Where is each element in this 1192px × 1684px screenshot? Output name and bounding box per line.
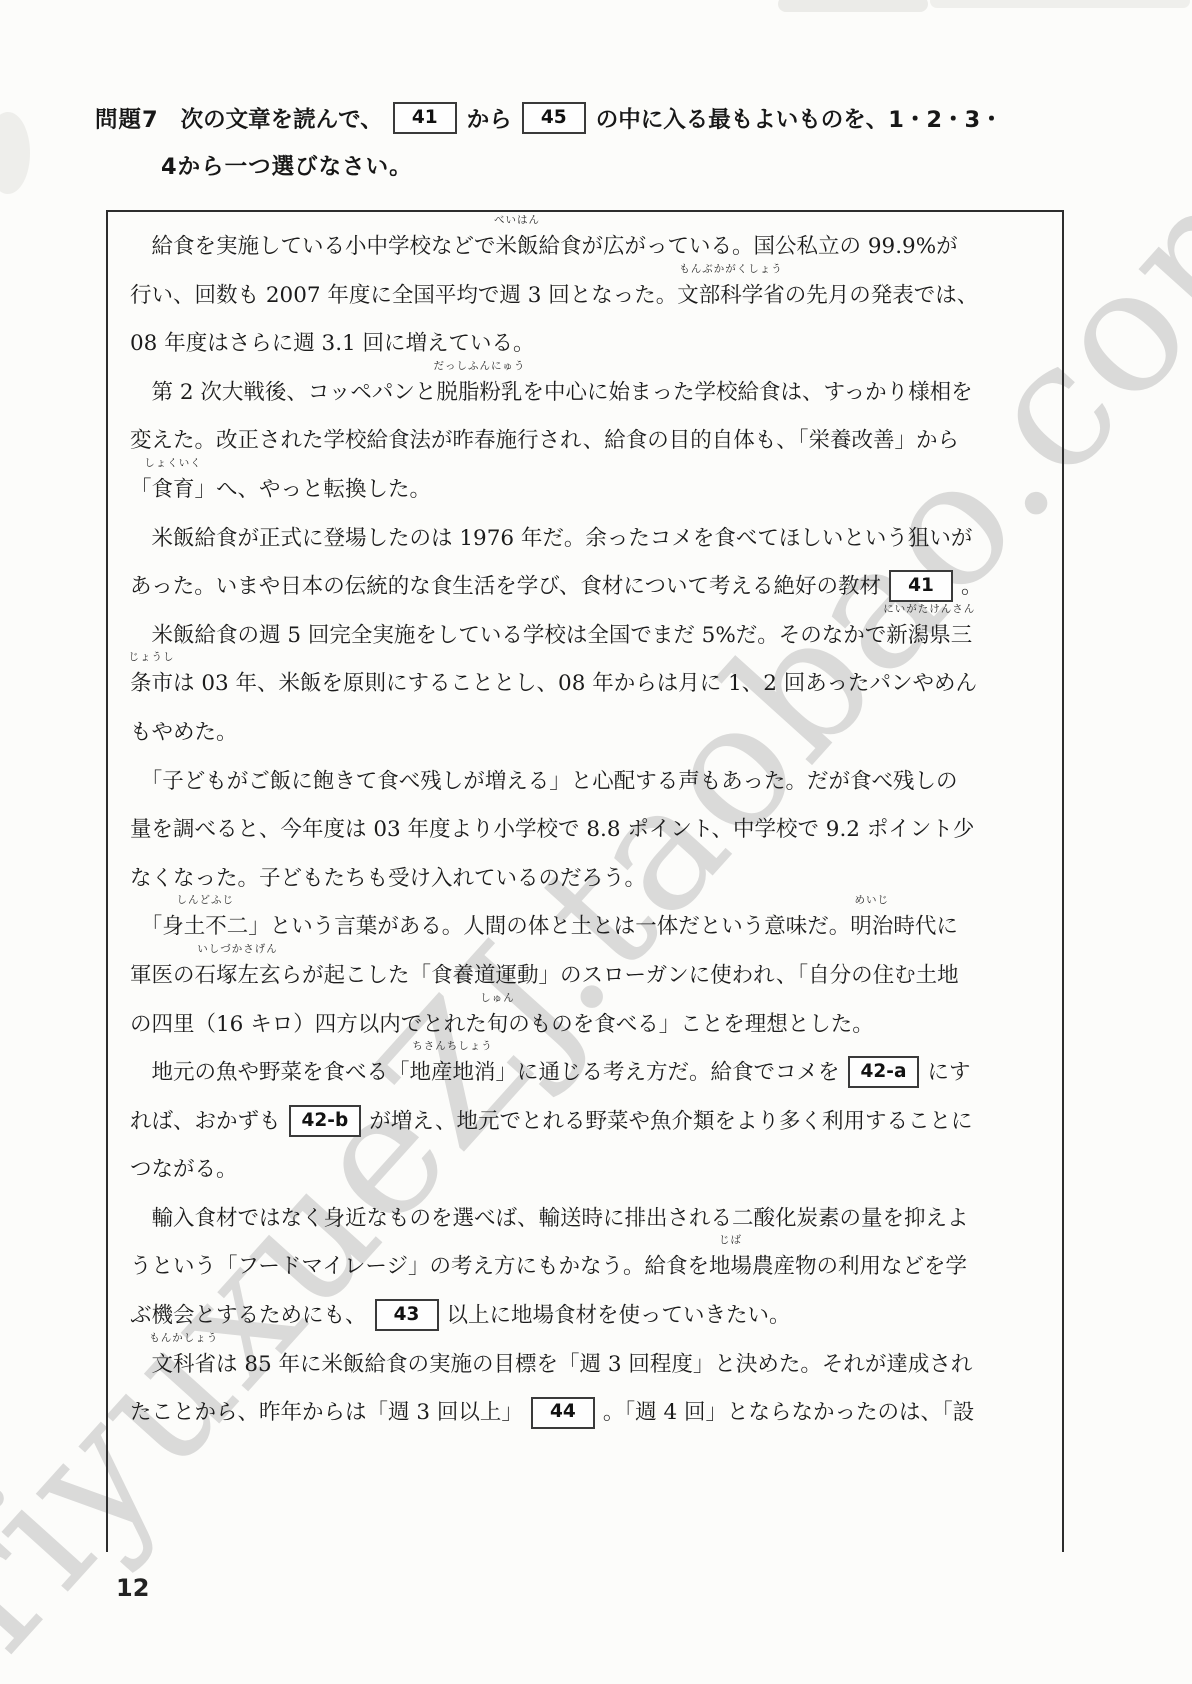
- passage-text: 軍医の: [130, 956, 195, 996]
- passage-line: 「子どもがご飯に飽きて食べ残しが増える」と心配する声もあった。だが食べ残しの: [130, 762, 1052, 811]
- passage-line: 地元の魚や野菜を食べる「地産地消ちさんちしょう」に通じる考え方だ。給食でコメを4…: [130, 1053, 1052, 1102]
- furigana-term: 地場じば: [709, 1247, 752, 1287]
- passage-text: の先月の発表では、: [785, 276, 979, 316]
- passage-text: なくなった。子どもたちも受け入れているのだろう。: [130, 859, 646, 899]
- furigana-reading: にいがたけんさん: [883, 604, 975, 615]
- passage-text: は 85 年に米飯給食の実施の目標を「週 3 回程度」と決めた。それが達成され: [216, 1345, 972, 1385]
- furigana-term: 身土不二しんどふじ: [162, 907, 248, 947]
- furigana-reading: しんどふじ: [177, 895, 235, 906]
- passage-line: 輸入食材ではなく身近なものを選べば、輸送時に排出される二酸化炭素の量を抑えよ: [130, 1199, 1052, 1248]
- passage-line: 文科省もんかしょうは 85 年に米飯給食の実施の目標を「週 3 回程度」と決めた…: [130, 1345, 1052, 1394]
- page-number: 12: [116, 1574, 149, 1602]
- passage-line: 08 年度はさらに週 3.1 回に増えている。: [130, 324, 1052, 373]
- passage-text: 「: [130, 470, 152, 510]
- passage-line: なくなった。子どもたちも受け入れているのだろう。: [130, 859, 1052, 908]
- passage-text: 給食が広がっている。国公私立の 99.9%が: [539, 227, 958, 267]
- passage-text: 。: [961, 567, 983, 607]
- scan-smudge-top2: [930, 0, 1190, 8]
- passage-line: ぶ機会とするためにも、43以上に地場食材を使っていきたい。: [130, 1296, 1052, 1345]
- furigana-term: 文部科学省もんぶかがくしょう: [677, 276, 785, 316]
- answer-box-42-b: 42-b: [289, 1105, 362, 1137]
- passage-text: もやめた。: [130, 713, 238, 753]
- passage-text: は 03 年、米飯を原則にすることとし、08 年からは月に 1、2 回あったパン…: [173, 664, 977, 704]
- passage-line: 米飯給食が正式に登場したのは 1976 年だ。余ったコメを食べてほしいという狙い…: [130, 519, 1052, 568]
- passage-text: あった。いまや日本の伝統的な食生活を学び、食材について考える絶好の教材: [130, 567, 881, 607]
- passage-text: のものを食べる」ことを理想とした。: [508, 1005, 874, 1045]
- problem-number-label: 問題7: [95, 102, 159, 134]
- furigana-term: 石塚左玄いしづかさげん: [195, 956, 281, 996]
- answer-box-41: 41: [889, 570, 953, 602]
- passage-line: 第 2 次大戦後、コッペパンと脱脂粉乳だっしふんにゅうを中心に始まった学校給食は…: [130, 373, 1052, 422]
- question-header: 問題7 次の文章を読んで、 41 から 45 の中に入る最もよいものを、1・2・…: [95, 102, 1003, 181]
- passage-text: が増え、地元でとれる野菜や魚介類をより多く利用することに: [369, 1102, 972, 1142]
- passage-text: たことから、昨年からは「週 3 回以上」: [130, 1393, 523, 1433]
- passage-line: 量を調べると、今年度は 03 年度より小学校で 8.8 ポイント、中学校で 9.…: [130, 810, 1052, 859]
- passage-text: 米飯給食の週 5 回完全実施をしている学校は全国でまだ 5%だ。そのなかで: [130, 616, 886, 656]
- passage-text: を中心に始まった学校給食は、すっかり様相を: [522, 373, 972, 413]
- passage-text: 変えた。改正された学校給食法が昨春施行され、給食の目的自体も、「栄養改善」から: [130, 421, 959, 461]
- passage-text: [130, 1345, 152, 1385]
- passage-text: 米飯給食が正式に登場したのは 1976 年だ。余ったコメを食べてほしいという狙い…: [130, 519, 972, 559]
- passage-line: 条市じょうしは 03 年、米飯を原則にすることとし、08 年からは月に 1、2 …: [130, 664, 1052, 713]
- scan-smudge-left: [0, 112, 30, 194]
- furigana-reading: しょくいく: [144, 458, 202, 469]
- answer-box-ref-41: 41: [393, 102, 457, 134]
- furigana-reading: もんかしょう: [149, 1333, 218, 1344]
- furigana-reading: しゅん: [480, 993, 515, 1004]
- passage-text: 地元の魚や野菜を食べる「: [130, 1053, 410, 1093]
- question-header-line2: 4から一つ選びなさい。: [161, 149, 1003, 181]
- passage-line: 軍医の石塚左玄いしづかさげんらが起こした「食養道運動」のスローガンに使われ、「自…: [130, 956, 1052, 1005]
- passage-line: もやめた。: [130, 713, 1052, 762]
- passage-line: 変えた。改正された学校給食法が昨春施行され、給食の目的自体も、「栄養改善」から: [130, 421, 1052, 470]
- header-instruction-part2: から: [467, 102, 512, 134]
- passage-text: 。「週 4 回」とならなかったのは、「設: [603, 1393, 974, 1433]
- passage-text: 」に通じる考え方だ。給食でコメを: [496, 1053, 840, 1093]
- passage-text: 時代に: [893, 907, 958, 947]
- furigana-reading: じば: [719, 1235, 742, 1246]
- furigana-term: 新潟県三にいがたけんさん: [886, 616, 972, 656]
- passage-text: 輸入食材ではなく身近なものを選べば、輸送時に排出される二酸化炭素の量を抑えよ: [130, 1199, 969, 1239]
- question-header-line1: 問題7 次の文章を読んで、 41 から 45 の中に入る最もよいものを、1・2・…: [95, 102, 1003, 134]
- passage-line: 「食育しょくいく」へ、やっと転換した。: [130, 470, 1052, 519]
- passage-text: 第 2 次大戦後、コッペパンと: [130, 373, 436, 413]
- passage-line: 米飯給食の週 5 回完全実施をしている学校は全国でまだ 5%だ。そのなかで新潟県…: [130, 616, 1052, 665]
- furigana-term: 脱脂粉乳だっしふんにゅう: [436, 373, 522, 413]
- furigana-term: 食育しょくいく: [152, 470, 195, 510]
- passage-line: れば、おかずも42-bが増え、地元でとれる野菜や魚介類をより多く利用することに: [130, 1102, 1052, 1151]
- furigana-term: 文科省もんかしょう: [152, 1345, 217, 1385]
- answer-box-ref-45: 45: [522, 102, 586, 134]
- furigana-reading: だっしふんにゅう: [434, 361, 526, 372]
- reading-passage-box: 給食を実施している小中学校などで米飯べいはん給食が広がっている。国公私立の 99…: [106, 210, 1064, 1552]
- answer-box-43: 43: [375, 1299, 439, 1331]
- answer-box-44: 44: [531, 1397, 595, 1429]
- furigana-reading: べいはん: [494, 215, 540, 226]
- passage-line: うという「フードマイレージ」の考え方にもかなう。給食を地場じば農産物の利用などを…: [130, 1247, 1052, 1296]
- passage-text: 以上に地場食材を使っていきたい。: [447, 1296, 791, 1336]
- furigana-term: 旬しゅん: [487, 1005, 509, 1045]
- passage-text: れば、おかずも: [130, 1102, 281, 1142]
- passage-line: たことから、昨年からは「週 3 回以上」44。「週 4 回」とならなかったのは、…: [130, 1393, 1052, 1442]
- passage-line: 行い、回数も 2007 年度に全国平均で週 3 回となった。文部科学省もんぶかが…: [130, 276, 1052, 325]
- passage-text: つながる。: [130, 1150, 238, 1190]
- passage-line: つながる。: [130, 1150, 1052, 1199]
- furigana-term: 米飯べいはん: [496, 227, 539, 267]
- passage-text: 量を調べると、今年度は 03 年度より小学校で 8.8 ポイント、中学校で 9.…: [130, 810, 974, 850]
- furigana-reading: もんぶかがくしょう: [679, 264, 783, 275]
- passage-text: 「: [130, 907, 162, 947]
- passage-text: 行い、回数も 2007 年度に全国平均で週 3 回となった。: [130, 276, 677, 316]
- passage-text: 給食を実施している小中学校などで: [130, 227, 496, 267]
- passage-text: ぶ機会とするためにも、: [130, 1296, 367, 1336]
- header-instruction-part1: 次の文章を読んで、: [181, 102, 383, 134]
- passage-text: らが起こした「食養道運動」のスローガンに使われ、「自分の住む土地: [281, 956, 959, 996]
- header-instruction-part3: の中に入る最もよいものを、1・2・3・: [596, 102, 1003, 134]
- passage-text: 農産物の利用などを学: [752, 1247, 967, 1287]
- furigana-reading: ちさんちしょう: [412, 1041, 493, 1052]
- passage-line: の四里（16 キロ）四方以内でとれた旬しゅんのものを食べる」ことを理想とした。: [130, 1005, 1052, 1054]
- passage-text: 08 年度はさらに週 3.1 回に増えている。: [130, 324, 535, 364]
- answer-box-42-a: 42-a: [848, 1056, 920, 1088]
- passage-line: 給食を実施している小中学校などで米飯べいはん給食が広がっている。国公私立の 99…: [130, 227, 1052, 276]
- furigana-reading: じょうし: [129, 652, 175, 663]
- reading-passage: 給食を実施している小中学校などで米飯べいはん給食が広がっている。国公私立の 99…: [130, 227, 1052, 1442]
- passage-text: 「子どもがご飯に飽きて食べ残しが増える」と心配する声もあった。だが食べ残しの: [130, 762, 958, 802]
- furigana-term: 明治めいじ: [850, 907, 893, 947]
- passage-text: の四里（16 キロ）四方以内でとれた: [130, 1005, 487, 1045]
- furigana-term: 地産地消ちさんちしょう: [410, 1053, 496, 1093]
- passage-text: 」へ、やっと転換した。: [195, 470, 432, 510]
- furigana-term: 条市じょうし: [130, 664, 173, 704]
- passage-text: 」という言葉がある。人間の体と土とは一体だという意味だ。: [248, 907, 850, 947]
- passage-text: にす: [927, 1053, 970, 1093]
- passage-text: うという「フードマイレージ」の考え方にもかなう。給食を: [130, 1247, 709, 1287]
- furigana-reading: めいじ: [855, 895, 890, 906]
- furigana-reading: いしづかさげん: [197, 944, 278, 955]
- scan-smudge-top: [778, 0, 928, 12]
